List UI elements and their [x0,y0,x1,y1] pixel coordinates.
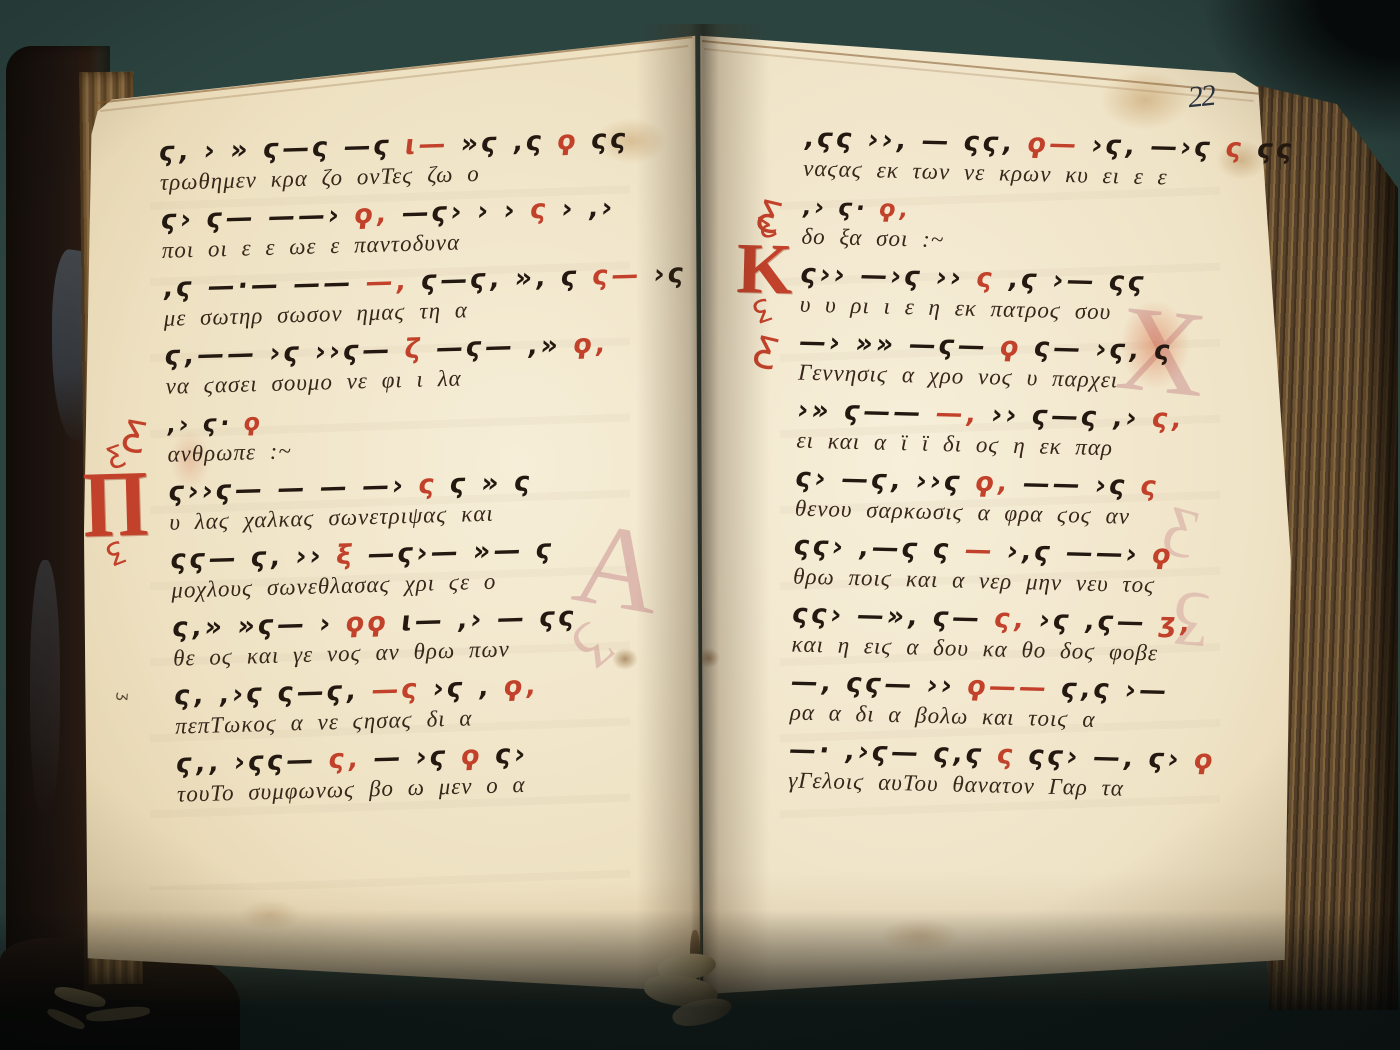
manuscript-photo: Α ʒ Χ ʒ ʒ ϛ‚ › » ϛ—ς —ϛ ι— »ϛ ‚ς ϙ ςς τρ… [0,0,1400,1050]
photo-vignette [0,0,1400,1050]
